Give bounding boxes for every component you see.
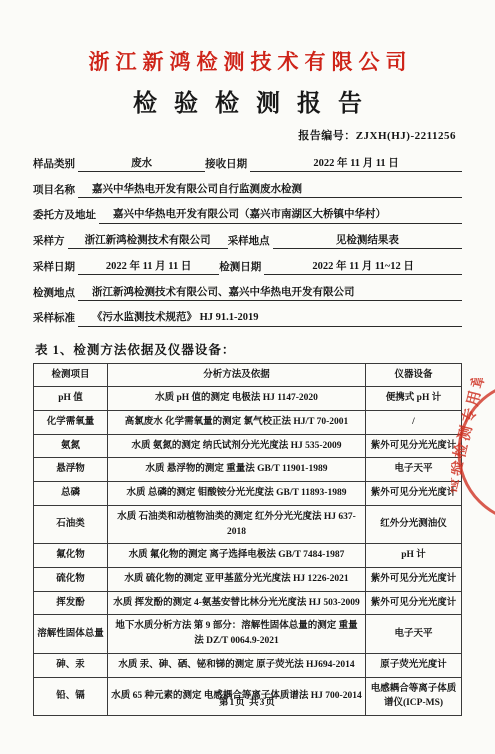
seal-arc <box>459 382 495 522</box>
cell-instrument: 紫外可见分光光度计 <box>366 482 462 506</box>
company-name: 浙江新鸿检测技术有限公司 <box>33 46 462 76</box>
field-value: 嘉兴中华热电开发有限公司（嘉兴市南湖区大桥镇中华村） <box>99 207 462 223</box>
cell-instrument: pH 计 <box>366 544 462 568</box>
cell-method: 水质 pH 值的测定 电极法 HJ 1147-2020 <box>108 387 366 411</box>
field-row-client-address: 委托方及地址 嘉兴中华热电开发有限公司（嘉兴市南湖区大桥镇中华村） <box>33 207 462 223</box>
cell-item: 挥发酚 <box>34 591 108 615</box>
cell-method: 水质 总磷的测定 钼酸铵分光光度法 GB/T 11893-1989 <box>108 482 366 506</box>
table-row: 氨氮水质 氨氮的测定 纳氏试剂分光光度法 HJ 535-2009紫外可见分光光度… <box>34 434 462 458</box>
field-label: 样品类别 <box>33 157 78 172</box>
cell-item: 化学需氧量 <box>34 410 108 434</box>
table-row: 悬浮物水质 悬浮物的测定 重量法 GB/T 11901-1989电子天平 <box>34 458 462 482</box>
cell-instrument: 紫外可见分光光度计 <box>366 591 462 615</box>
methods-table: 检测项目 分析方法及依据 仪器设备 pH 值水质 pH 值的测定 电极法 HJ … <box>33 363 462 717</box>
column-header-method: 分析方法及依据 <box>108 363 366 387</box>
field-value: 2022 年 11 月 11 日 <box>250 156 462 172</box>
cell-method: 高氯废水 化学需氧量的测定 氯气校正法 HJ/T 70-2001 <box>108 410 366 434</box>
cell-method: 水质 氟化物的测定 离子选择电极法 GB/T 7484-1987 <box>108 544 366 568</box>
field-value: 《污水监测技术规范》 HJ 91.1-2019 <box>78 310 462 326</box>
cell-item: 砷、汞 <box>34 653 108 677</box>
page-footer: 第1页 共3页 <box>0 694 495 708</box>
field-row-sampling-party: 采样方 浙江新鸿检测技术有限公司 采样地点 见检测结果表 <box>33 233 462 249</box>
cell-method: 水质 硫化物的测定 亚甲基蓝分光光度法 HJ 1226-2021 <box>108 568 366 592</box>
cell-instrument: / <box>366 410 462 434</box>
table-row: 氟化物水质 氟化物的测定 离子选择电极法 GB/T 7484-1987pH 计 <box>34 544 462 568</box>
table-row: pH 值水质 pH 值的测定 电极法 HJ 1147-2020便携式 pH 计 <box>34 387 462 411</box>
table-header-row: 检测项目 分析方法及依据 仪器设备 <box>34 363 462 387</box>
table-row: 硫化物水质 硫化物的测定 亚甲基蓝分光光度法 HJ 1226-2021紫外可见分… <box>34 568 462 592</box>
field-value: 嘉兴中华热电开发有限公司自行监测废水检测 <box>78 182 462 198</box>
field-label: 检测地点 <box>33 286 78 301</box>
cell-instrument: 电子天平 <box>366 615 462 653</box>
report-page: 浙江新鸿检测技术有限公司 检验检测报告 报告编号：ZJXH(HJ)-221125… <box>0 0 495 754</box>
field-label: 采样方 <box>33 234 68 249</box>
cell-method: 水质 氨氮的测定 纳氏试剂分光光度法 HJ 535-2009 <box>108 434 366 458</box>
cell-method: 水质 悬浮物的测定 重量法 GB/T 11901-1989 <box>108 458 366 482</box>
cell-instrument: 便携式 pH 计 <box>366 387 462 411</box>
table-row: 化学需氧量高氯废水 化学需氧量的测定 氯气校正法 HJ/T 70-2001/ <box>34 410 462 434</box>
field-value: 见检测结果表 <box>273 233 462 249</box>
report-number-label: 报告编号： <box>298 130 356 142</box>
cell-item: pH 值 <box>34 387 108 411</box>
field-row-project-name: 项目名称 嘉兴中华热电开发有限公司自行监测废水检测 <box>33 182 462 198</box>
cell-instrument: 红外分光测油仪 <box>366 505 462 543</box>
cell-method: 水质 汞、砷、硒、铋和锑的测定 原子荧光法 HJ694-2014 <box>108 653 366 677</box>
field-value: 2022 年 11 月 11 日 <box>78 259 219 275</box>
field-row-dates: 采样日期 2022 年 11 月 11 日 检测日期 2022 年 11 月 1… <box>33 259 462 275</box>
methods-table-body: pH 值水质 pH 值的测定 电极法 HJ 1147-2020便携式 pH 计化… <box>34 387 462 716</box>
header-fields: 样品类别 废水 接收日期 2022 年 11 月 11 日 项目名称 嘉兴中华热… <box>33 156 462 327</box>
cell-method: 地下水质分析方法 第 9 部分：溶解性固体总量的测定 重量法 DZ/T 0064… <box>108 615 366 653</box>
report-number-value: ZJXH(HJ)-2211256 <box>356 130 456 142</box>
field-label: 接收日期 <box>205 157 250 172</box>
cell-item: 氨氮 <box>34 434 108 458</box>
field-label: 项目名称 <box>33 183 78 198</box>
cell-item: 氟化物 <box>34 544 108 568</box>
report-title: 检验检测报告 <box>33 83 462 118</box>
table-row: 挥发酚水质 挥发酚的测定 4-氨基安替比林分光光度法 HJ 503-2009紫外… <box>34 591 462 615</box>
cell-item: 总磷 <box>34 482 108 506</box>
report-number-line: 报告编号：ZJXH(HJ)-2211256 <box>33 127 456 143</box>
cell-instrument: 紫外可见分光光度计 <box>366 434 462 458</box>
cell-method: 水质 石油类和动植物油类的测定 红外分光光度法 HJ 637-2018 <box>108 505 366 543</box>
cell-item: 溶解性固体总量 <box>34 615 108 653</box>
field-row-sample-type: 样品类别 废水 接收日期 2022 年 11 月 11 日 <box>33 156 462 172</box>
field-row-sampling-standard: 采样标准 《污水监测技术规范》 HJ 91.1-2019 <box>33 310 462 326</box>
table-title: 表 1、检测方法依据及仪器设备： <box>35 340 462 358</box>
cell-item: 硫化物 <box>34 568 108 592</box>
cell-item: 悬浮物 <box>34 458 108 482</box>
field-value: 浙江新鸿检测技术有限公司、嘉兴中华热电开发有限公司 <box>78 285 462 301</box>
cell-instrument: 紫外可见分光光度计 <box>366 568 462 592</box>
field-value: 2022 年 11 月 11~12 日 <box>264 259 462 275</box>
column-header-item: 检测项目 <box>34 363 108 387</box>
field-value: 浙江新鸿检测技术有限公司 <box>68 233 228 249</box>
cell-instrument: 电子天平 <box>366 458 462 482</box>
table-row: 溶解性固体总量地下水质分析方法 第 9 部分：溶解性固体总量的测定 重量法 DZ… <box>34 615 462 653</box>
table-row: 石油类水质 石油类和动植物油类的测定 红外分光光度法 HJ 637-2018红外… <box>34 505 462 543</box>
field-label: 采样标准 <box>33 311 78 326</box>
table-row: 砷、汞水质 汞、砷、硒、铋和锑的测定 原子荧光法 HJ694-2014原子荧光光… <box>34 653 462 677</box>
table-row: 总磷水质 总磷的测定 钼酸铵分光光度法 GB/T 11893-1989紫外可见分… <box>34 482 462 506</box>
field-label: 采样日期 <box>33 260 78 275</box>
field-label: 采样地点 <box>228 234 273 249</box>
field-label: 检测日期 <box>219 260 264 275</box>
field-value: 废水 <box>78 156 205 172</box>
field-row-test-location: 检测地点 浙江新鸿检测技术有限公司、嘉兴中华热电开发有限公司 <box>33 285 462 301</box>
cell-instrument: 原子荧光光度计 <box>366 653 462 677</box>
field-label: 委托方及地址 <box>33 208 99 223</box>
column-header-instrument: 仪器设备 <box>366 363 462 387</box>
cell-item: 石油类 <box>34 505 108 543</box>
cell-method: 水质 挥发酚的测定 4-氨基安替比林分光光度法 HJ 503-2009 <box>108 591 366 615</box>
